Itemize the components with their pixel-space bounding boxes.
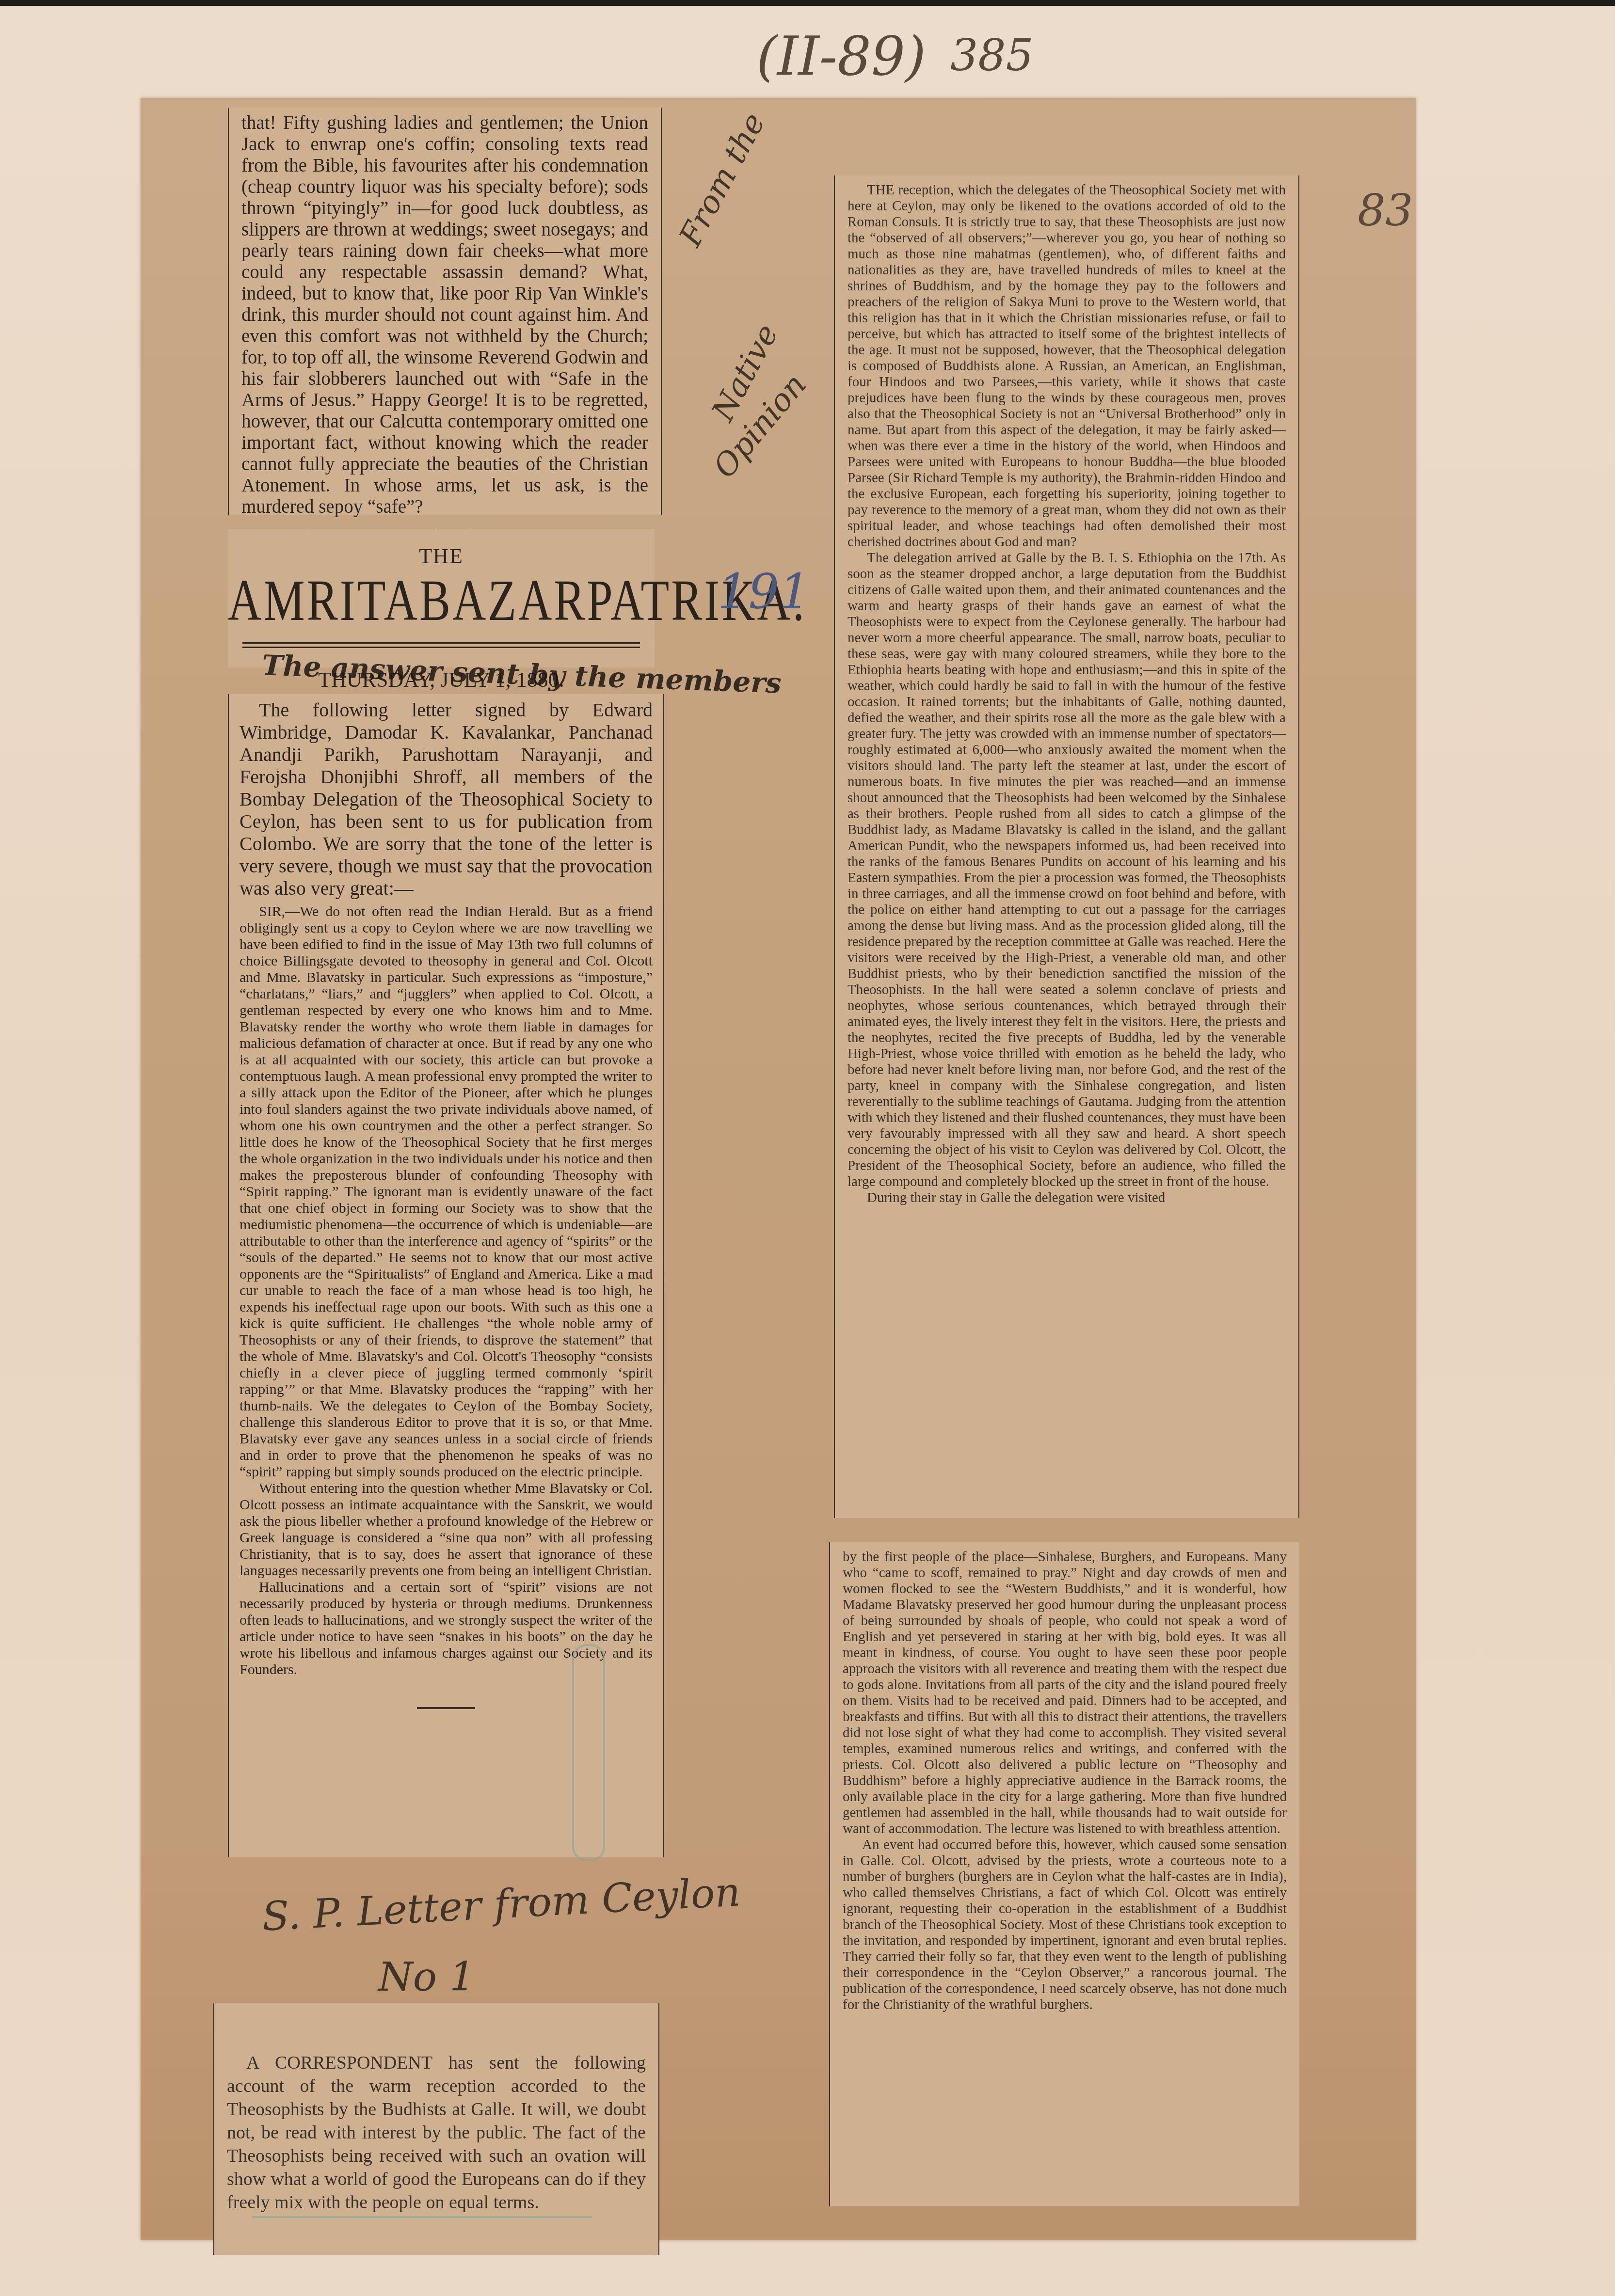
handwritten-number-191: 191 [718, 563, 810, 620]
archive-reference: (II-89) [756, 25, 926, 87]
scan-top-edge [0, 0, 1615, 6]
masthead-rule [242, 642, 640, 648]
handwritten-number-83: 83 [1358, 185, 1413, 236]
green-pencil-mark [572, 1644, 605, 1861]
clipping-right-upper: THE reception, which the delegates of th… [834, 175, 1299, 1518]
clipping-paragraph: that! Fifty gushing ladies and gentlemen… [241, 112, 648, 518]
letter-intro: The following letter signed by Edward Wi… [240, 699, 653, 900]
newspaper-masthead: THE AMRITABAZARPATRIKA. THURSDAY, JULY 1… [228, 529, 655, 667]
section-separator [417, 1707, 475, 1709]
reception-paragraph: THE reception, which the delegates of th… [847, 182, 1286, 550]
masthead-the: THE [228, 544, 655, 569]
reception-paragraph: An event had occurred before this, howev… [843, 1837, 1287, 2013]
green-pencil-mark [252, 2012, 592, 2218]
reception-paragraph: During their stay in Galle the delegatio… [847, 1190, 1286, 1206]
handwritten-note-number: No 1 [378, 1954, 475, 2000]
letter-body: Without entering into the question wheth… [240, 1480, 653, 1579]
reception-paragraph: by the first people of the place—Sinhale… [843, 1549, 1287, 1837]
page-number: 385 [950, 30, 1034, 81]
reception-paragraph: The delegation arrived at Galle by the B… [847, 550, 1286, 1190]
letter-body: SIR,—We do not often read the Indian Her… [240, 903, 653, 1480]
clipping-right-lower: by the first people of the place—Sinhale… [829, 1542, 1299, 2206]
album-page: (II-89) 385 that! Fifty gushing ladies a… [0, 6, 1615, 2296]
clipping-top-left: that! Fifty gushing ladies and gentlemen… [228, 108, 662, 515]
masthead-title: AMRITABAZARPATRIKA. [228, 567, 655, 634]
